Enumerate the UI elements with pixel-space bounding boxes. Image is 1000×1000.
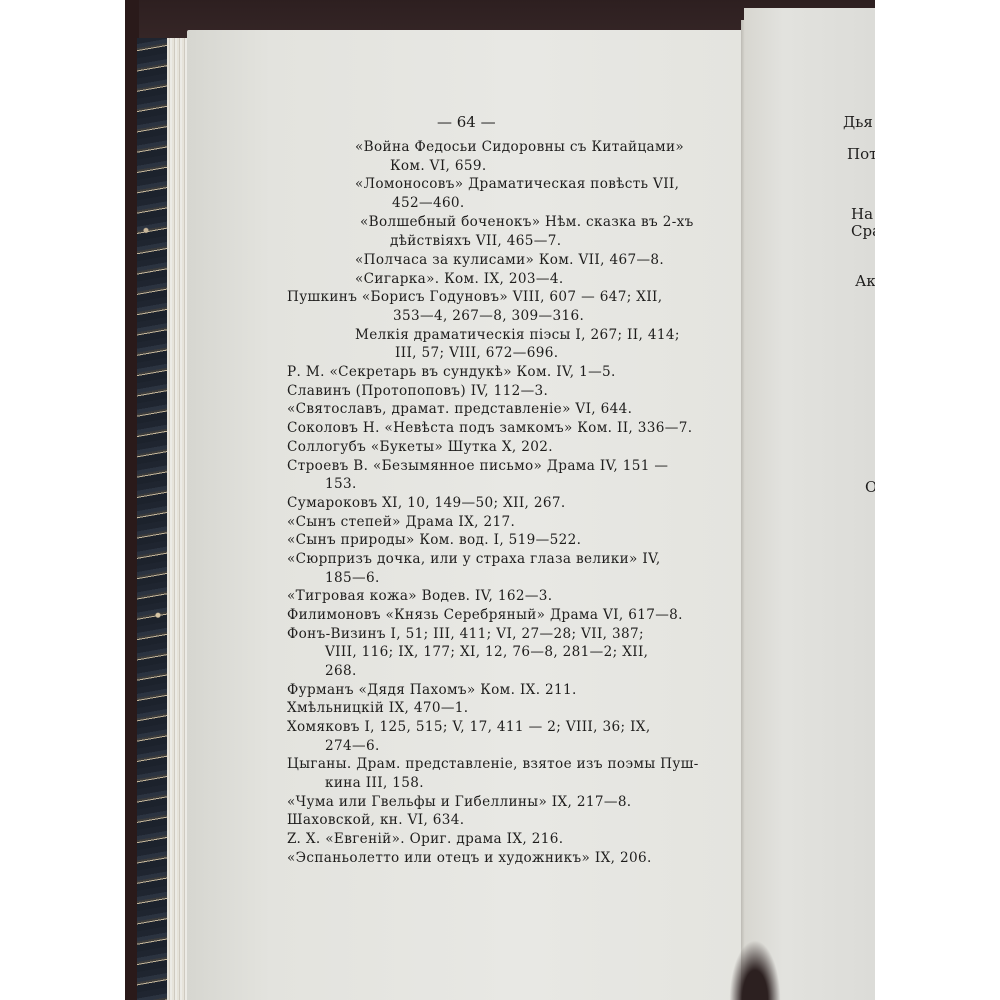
- bottom-shadow: [725, 930, 785, 1000]
- index-line: Славинъ (Протопоповъ) IV, 112—3.: [287, 385, 548, 399]
- index-line: 153.: [325, 478, 357, 492]
- index-line: «Война Федосьи Сидоровны съ Китайцами»: [355, 141, 684, 155]
- index-line: Соколовъ Н. «Невѣста подъ замкомъ» Ком. …: [287, 422, 692, 436]
- index-line: Шаховской, кн. VI, 634.: [287, 814, 464, 828]
- index-line: Пушкинъ «Борисъ Годуновъ» VIII, 607 — 64…: [287, 291, 662, 305]
- right-page-fragment: Пот: [847, 145, 875, 163]
- index-line: III, 57; VIII, 672—696.: [395, 347, 558, 361]
- index-line: Соллогубъ «Букеты» Шутка X, 202.: [287, 441, 553, 455]
- index-line: Хмѣльницкій IX, 470—1.: [287, 702, 468, 716]
- right-page-fragment: Ак: [855, 272, 875, 290]
- index-line: «Сигарка». Ком. IX, 203—4.: [355, 273, 564, 287]
- right-page-fragment: Сра: [851, 222, 875, 240]
- page-stack-edge: [167, 38, 189, 1000]
- index-line: «Святославъ, драмат. представленіе» VI, …: [287, 403, 632, 417]
- index-line: 268.: [325, 665, 357, 679]
- index-line: «Сынъ природы» Ком. вод. I, 519—522.: [287, 534, 581, 548]
- right-page-fragment: На: [851, 205, 875, 223]
- index-line: Цыганы. Драм. представленіе, взятое изъ …: [287, 758, 699, 772]
- page-number: — 64 —: [437, 113, 496, 131]
- book-gutter: [741, 20, 745, 1000]
- index-line: Филимоновъ «Князь Серебряный» Драма VI, …: [287, 609, 683, 623]
- index-line: Строевъ В. «Безымянное письмо» Драма IV,…: [287, 460, 668, 474]
- index-line: Сумароковъ XI, 10, 149—50; XII, 267.: [287, 497, 566, 511]
- index-line: «Ломоносовъ» Драматическая повѣсть VII,: [355, 178, 679, 192]
- index-line: Мелкія драматическія піэсы I, 267; II, 4…: [355, 329, 680, 343]
- index-line: «Чума или Гвельфы и Гибеллины» IX, 217—8…: [287, 796, 631, 810]
- index-line: «Полчаса за кулисами» Ком. VII, 467—8.: [355, 254, 664, 268]
- right-page-fragment: О: [865, 478, 875, 496]
- index-line: Ком. VI, 659.: [390, 160, 487, 174]
- index-line: 353—4, 267—8, 309—316.: [393, 310, 584, 324]
- index-line: Фурманъ «Дядя Пахомъ» Ком. IX. 211.: [287, 684, 577, 698]
- index-line: Z. X. «Евгеній». Ориг. драма IX, 216.: [287, 833, 563, 847]
- index-line: VIII, 116; IX, 177; XI, 12, 76—8, 281—2;…: [325, 646, 648, 660]
- right-page-fragment: Дья: [843, 113, 875, 131]
- marbled-cover-edge: [137, 38, 167, 1000]
- index-line: «Эспаньолетто или отецъ и художникъ» IX,…: [287, 852, 652, 866]
- index-line: «Волшебный боченокъ» Нѣм. сказка въ 2-хъ: [360, 216, 694, 230]
- index-line: 274—6.: [325, 740, 380, 754]
- index-line: 185—6.: [325, 572, 380, 586]
- index-line: «Тигровая кожа» Водев. IV, 162—3.: [287, 590, 552, 604]
- index-line: кина III, 158.: [325, 777, 424, 791]
- index-line: «Сынъ степей» Драма IX, 217.: [287, 516, 515, 530]
- index-line: Р. М. «Секретарь въ сундукѣ» Ком. IV, 1—…: [287, 366, 616, 380]
- index-line: Хомяковъ I, 125, 515; V, 17, 411 — 2; VI…: [287, 721, 651, 735]
- index-line: «Сюрпризъ дочка, или у страха глаза вели…: [287, 553, 661, 567]
- index-line: 452—460.: [392, 197, 465, 211]
- index-line: Фонъ-Визинъ I, 51; III, 411; VI, 27—28; …: [287, 628, 644, 642]
- index-line: дѣйствіяхъ VII, 465—7.: [390, 235, 561, 249]
